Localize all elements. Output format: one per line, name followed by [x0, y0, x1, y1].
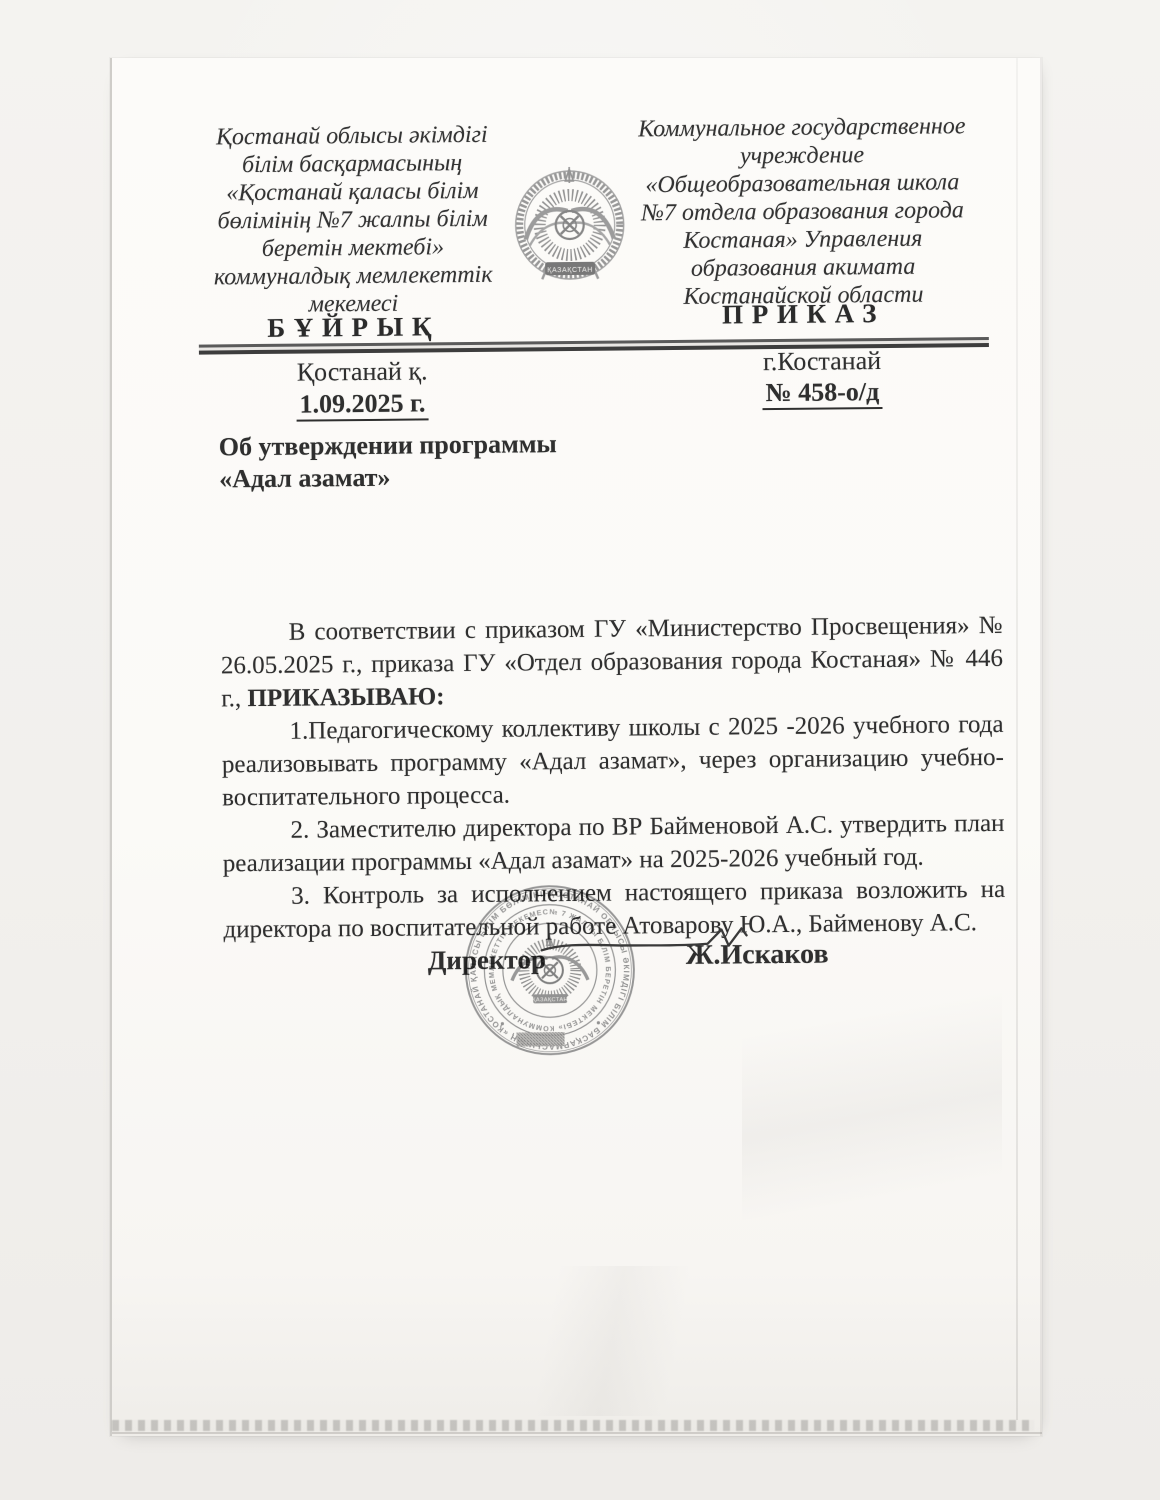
org-ru-line: «Общеобразовательная школа — [630, 168, 974, 199]
director-signature — [537, 918, 788, 980]
order-word-kazakh: БҰЙРЫҚ — [194, 311, 514, 345]
org-name-russian: Коммунальное государственное учреждение … — [630, 112, 976, 311]
place-russian: г.Костанай — [702, 345, 942, 377]
subject-line: Об утверждении программы — [219, 428, 557, 463]
org-kk-line: білім басқармасының — [192, 149, 512, 180]
org-ru-line: №7 отдела образования города — [630, 196, 974, 227]
org-kk-line: «Қостанай қаласы білім — [192, 177, 512, 208]
org-name-kazakh: Қостанай облысы әкімдігі білім басқармас… — [192, 121, 514, 320]
order-date: 1.09.2025 г. — [242, 388, 482, 420]
subject-line: «Адал азамат» — [219, 460, 557, 495]
document-content: Қостанай облысы әкімдігі білім басқармас… — [109, 54, 1052, 1441]
org-ru-line: Коммунальное государственное — [630, 112, 974, 143]
org-kk-line: беретін мектебі» — [193, 233, 513, 264]
org-kk-line: Қостанай облысы әкімдігі — [192, 121, 512, 152]
org-kk-line: коммуналдық мемлекеттік — [193, 261, 513, 292]
order-word-russian: ПРИКАЗ — [631, 297, 975, 331]
paper-bottom-edge — [112, 1432, 1042, 1434]
kazakhstan-emblem: ҚАЗАҚСТАН — [505, 160, 634, 301]
order-subject: Об утверждении программы «Адал азамат» — [219, 428, 558, 495]
org-ru-line: образования акимата — [631, 252, 975, 283]
sleeve-bottom-seam — [112, 1420, 1034, 1431]
org-ru-line: учреждение — [630, 140, 974, 171]
org-ru-line: Костаная» Управления — [631, 224, 975, 255]
place-kazakh: Қостанай қ. — [242, 356, 482, 388]
org-kk-line: бөлімінің №7 жалпы білім — [193, 205, 513, 236]
order-number: № 458-о/д — [702, 376, 942, 408]
emblem-banner-text: ҚАЗАҚСТАН — [547, 267, 593, 274]
stamp-banner-text: ҚАЗАҚСТАН — [532, 997, 568, 1003]
scanned-order-document: Қостанай облысы әкімдігі білім басқармас… — [110, 58, 1042, 1436]
